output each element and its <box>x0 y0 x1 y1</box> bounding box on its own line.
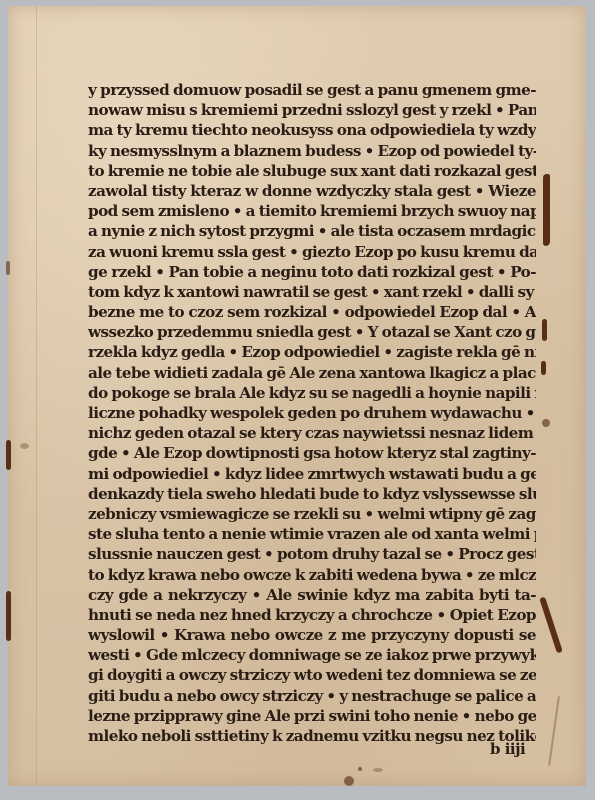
book-page: y przyssed domuow posadil se gest a panu… <box>8 6 586 786</box>
signature-mark: b iiji <box>490 740 525 758</box>
text-line: lezne przipprawy gine Ale przi swini toh… <box>88 706 536 726</box>
text-line: nowaw misu s kremiemi przedni sslozyl ge… <box>88 100 536 120</box>
page-gutter-edge <box>36 6 37 786</box>
text-line: ma ty kremu tiechto neokusyss ona odpowi… <box>88 120 536 140</box>
text-line: do pokoge se brala Ale kdyz su se nagedl… <box>88 383 536 403</box>
text-line: to kdyz krawa nebo owcze k zabiti wedena… <box>88 565 536 585</box>
text-line: zebniczy vsmiewagicze se rzekli su • wel… <box>88 504 536 524</box>
text-line: westi • Gde mlczecy domniwage se ze iako… <box>88 645 536 665</box>
text-line: gi doygiti a owczy strziczy wto wedeni t… <box>88 665 536 685</box>
text-line: wssezko przedemmu sniedla gest • Y otaza… <box>88 322 536 342</box>
text-line: giti budu a nebo owcy strziczy • y nestr… <box>88 686 536 706</box>
ink-stain <box>542 319 547 341</box>
body-text: y przyssed domuow posadil se gest a panu… <box>88 80 536 746</box>
text-line: to kremie ne tobie ale slubuge sux xant … <box>88 161 536 181</box>
edge-stain <box>6 440 11 470</box>
text-line: zawolal tisty kteraz w donne wzdyczky st… <box>88 181 536 201</box>
text-line: mleko neboli ssttietiny k zadnemu vzitku… <box>88 726 536 746</box>
text-line: pod sem zmisleno • a tiemito kremiemi br… <box>88 201 536 221</box>
text-line: ky nesmysslnym a blaznem budess • Ezop o… <box>88 141 536 161</box>
text-line: nichz geden otazal se ktery czas naywiet… <box>88 423 536 443</box>
text-line: a nynie z nich sytost przygmi • ale tist… <box>88 221 536 241</box>
edge-stain <box>6 591 11 641</box>
text-line: hnuti se neda nez hned krzyczy a chrochc… <box>88 605 536 625</box>
text-line: ge rzekl • Pan tobie a neginu toto dati … <box>88 262 536 282</box>
ink-spot <box>358 767 362 771</box>
text-line: slussnie nauczen gest • potom druhy taza… <box>88 544 536 564</box>
ink-stain <box>543 174 550 246</box>
text-line: za wuoni kremu ssla gest • giezto Ezop p… <box>88 242 536 262</box>
text-line: rzekla kdyz gedla • Ezop odpowiediel • z… <box>88 342 536 362</box>
text-line: gde • Ale Ezop dowtipnosti gsa hotow kte… <box>88 443 536 463</box>
foxing-spot <box>20 443 29 449</box>
text-line: mi odpowiediel • kdyz lidee zmrtwych wst… <box>88 464 536 484</box>
text-line: bezne me to czoz sem rozkizal • odpowied… <box>88 302 536 322</box>
ink-spot <box>542 419 550 427</box>
page-crease <box>548 696 560 766</box>
ink-stain <box>541 361 546 375</box>
text-line: tom kdyz k xantowi nawratil se gest • xa… <box>88 282 536 302</box>
text-line: liczne pohadky wespolek geden po druhem … <box>88 403 536 423</box>
text-line: ste sluha tento a nenie wtimie vrazen al… <box>88 524 536 544</box>
edge-stain <box>6 261 10 275</box>
ink-spot <box>344 776 354 786</box>
text-line: wyslowil • Krawa nebo owcze z me przyczy… <box>88 625 536 645</box>
text-line: denkazdy tiela sweho hledati bude to kdy… <box>88 484 536 504</box>
text-line: ale tebe widieti zadala gē Ale zena xant… <box>88 363 536 383</box>
text-line: y przyssed domuow posadil se gest a panu… <box>88 80 536 100</box>
ink-spot <box>373 768 383 772</box>
text-line: czy gde a nekrzyczy • Ale swinie kdyz ma… <box>88 585 536 605</box>
ink-stain <box>539 596 563 653</box>
